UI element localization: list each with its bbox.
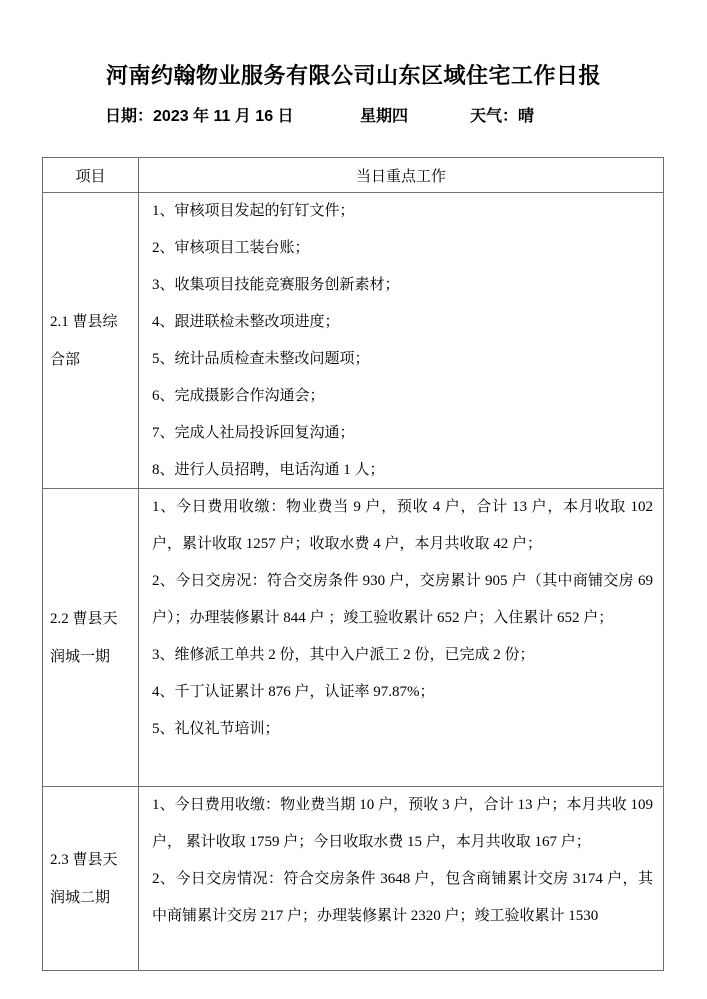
work-item: 5、礼仪礼节培训；: [152, 711, 653, 748]
project-cell: 2.2 曹县天润城一期: [43, 489, 139, 787]
project-cell: 2.3 曹县天润城二期: [43, 787, 139, 971]
weekday-value: 星期四: [360, 106, 470, 128]
project-cell: 2.1 曹县综合部: [43, 193, 139, 489]
work-item: 4、跟进联检未整改项进度；: [152, 304, 653, 341]
page-title: 河南约翰物业服务有限公司山东区域住宅工作日报: [0, 0, 707, 89]
work-item: 6、完成摄影合作沟通会；: [152, 378, 653, 415]
work-item: 1、审核项目发起的钉钉文件；: [152, 193, 653, 230]
work-cell: 1、今日费用收缴：物业费当 9 户，预收 4 户，合计 13 户，本月收取 10…: [139, 489, 664, 787]
work-item: 3、维修派工单共 2 份，其中入户派工 2 份，已完成 2 份；: [152, 637, 653, 674]
work-item: 3、收集项目技能竞赛服务创新素材；: [152, 267, 653, 304]
table-row: 2.3 曹县天润城二期1、今日费用收缴：物业费当期 10 户，预收 3 户，合计…: [43, 787, 664, 971]
header-row: 项目 当日重点工作: [43, 158, 664, 193]
table-row: 2.1 曹县综合部1、审核项目发起的钉钉文件；2、审核项目工装台账；3、收集项目…: [43, 193, 664, 489]
work-item: 4、千丁认证累计 876 户，认证率 97.87%；: [152, 674, 653, 711]
meta-line: 日期：2023 年 11 月 16 日星期四天气：晴: [0, 106, 707, 128]
table-row: 2.2 曹县天润城一期1、今日费用收缴：物业费当 9 户，预收 4 户，合计 1…: [43, 489, 664, 787]
project-label: 2.3 曹县天润城二期: [43, 841, 128, 917]
work-item-list: 1、今日费用收缴：物业费当 9 户，预收 4 户，合计 13 户，本月收取 10…: [139, 489, 663, 786]
work-item: 2、今日交房况：符合交房条件 930 户，交房累计 905 户（其中商铺交房 6…: [152, 563, 653, 637]
work-item: 5、统计品质检查未整改问题项；: [152, 341, 653, 378]
work-item: 1、今日费用收缴：物业费当期 10 户，预收 3 户，合计 13 户；本月共收 …: [152, 787, 653, 861]
work-item-list: 1、审核项目发起的钉钉文件；2、审核项目工装台账；3、收集项目技能竞赛服务创新素…: [139, 193, 663, 488]
work-item-list: 1、今日费用收缴：物业费当期 10 户，预收 3 户，合计 13 户；本月共收 …: [139, 787, 663, 970]
project-label: 2.1 曹县综合部: [43, 303, 128, 379]
date-field: 日期：2023 年 11 月 16 日: [105, 106, 360, 128]
work-item: 7、完成人社局投诉回复沟通；: [152, 415, 653, 452]
date-label: 日期：: [105, 108, 153, 125]
date-value: 2023 年 11 月 16 日: [153, 108, 294, 125]
column-header-project: 项目: [43, 158, 139, 193]
work-item: 8、进行人员招聘，电话沟通 1 人；: [152, 452, 653, 488]
report-table: 项目 当日重点工作 2.1 曹县综合部1、审核项目发起的钉钉文件；2、审核项目工…: [42, 157, 664, 971]
project-label: 2.2 曹县天润城一期: [43, 600, 128, 676]
work-item: 2、今日交房情况：符合交房条件 3648 户，包含商铺累计交房 3174 户，其…: [152, 861, 653, 935]
document-page: 河南约翰物业服务有限公司山东区域住宅工作日报 日期：2023 年 11 月 16…: [0, 0, 707, 999]
column-header-work: 当日重点工作: [139, 158, 664, 193]
work-item: 2、审核项目工装台账；: [152, 230, 653, 267]
weather-label: 天气：: [470, 108, 518, 125]
work-cell: 1、今日费用收缴：物业费当期 10 户，预收 3 户，合计 13 户；本月共收 …: [139, 787, 664, 971]
work-item: 1、今日费用收缴：物业费当 9 户，预收 4 户，合计 13 户，本月收取 10…: [152, 489, 653, 563]
weather-field: 天气：晴: [470, 108, 534, 125]
weather-value: 晴: [518, 108, 534, 125]
work-cell: 1、审核项目发起的钉钉文件；2、审核项目工装台账；3、收集项目技能竞赛服务创新素…: [139, 193, 664, 489]
